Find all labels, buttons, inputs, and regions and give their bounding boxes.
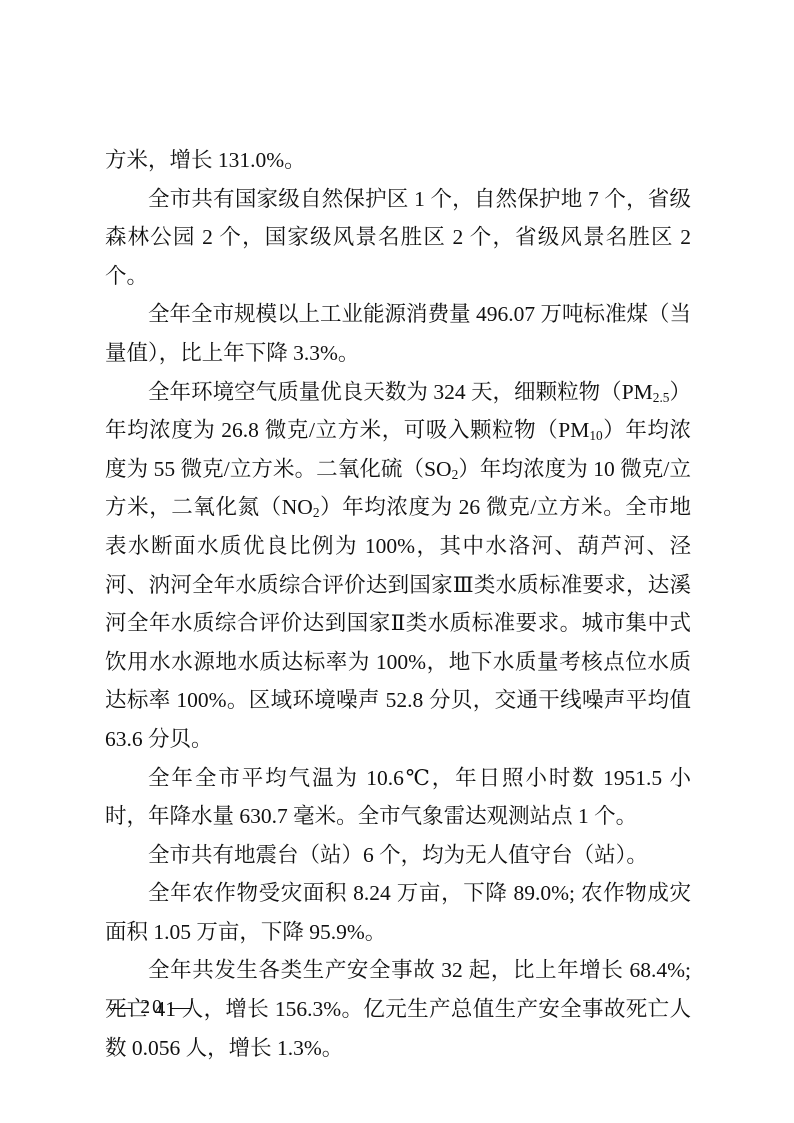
document-page: 方米，增长 131.0%。全市共有国家级自然保护区 1 个，自然保护地 7 个，… (0, 0, 794, 1123)
subscript-text: 2.5 (653, 389, 670, 404)
body-text: 全年全市平均气温为 10.6℃，年日照小时数 1951.5 小时，年降水量 63… (105, 766, 691, 829)
paragraph: 全年全市规模以上工业能源消费量 496.07 万吨标准煤（当量值），比上年下降 … (105, 295, 691, 372)
subscript-text: 10 (589, 428, 602, 443)
paragraph: 全年环境空气质量优良天数为 324 天，细颗粒物（PM2.5）年均浓度为 26.… (105, 373, 691, 759)
subscript-text: 2 (313, 505, 320, 520)
paragraph: 全市共有国家级自然保护区 1 个，自然保护地 7 个，省级森林公园 2 个，国家… (105, 180, 691, 296)
body-text: 全市共有地震台（站）6 个，均为无人值守台（站）。 (148, 843, 648, 867)
body-text: 方米，增长 131.0%。 (105, 148, 306, 172)
body-text: 全年全市规模以上工业能源消费量 496.07 万吨标准煤（当量值），比上年下降 … (105, 302, 691, 365)
paragraph: 方米，增长 131.0%。 (105, 141, 691, 180)
body-text: 全市共有国家级自然保护区 1 个，自然保护地 7 个，省级森林公园 2 个，国家… (105, 187, 691, 288)
paragraph: 全年共发生各类生产安全事故 32 起，比上年增长 68.4%; 死亡 41 人，… (105, 951, 691, 1067)
document-body: 方米，增长 131.0%。全市共有国家级自然保护区 1 个，自然保护地 7 个，… (105, 141, 691, 1067)
body-text: 全年环境空气质量优良天数为 324 天，细颗粒物（PM (148, 380, 653, 404)
body-text: 全年农作物受灾面积 8.24 万亩，下降 89.0%; 农作物成灾面积 1.05… (105, 881, 691, 944)
paragraph: 全市共有地震台（站）6 个，均为无人值守台（站）。 (105, 836, 691, 875)
body-text: 全年共发生各类生产安全事故 32 起，比上年增长 68.4%; 死亡 41 人，… (105, 958, 691, 1059)
page-number: — 20 — (112, 995, 192, 1021)
paragraph: 全年全市平均气温为 10.6℃，年日照小时数 1951.5 小时，年降水量 63… (105, 759, 691, 836)
body-text: ）年均浓度为 26 微克/立方米。全市地表水断面水质优良比例为 100%，其中水… (105, 495, 691, 751)
paragraph: 全年农作物受灾面积 8.24 万亩，下降 89.0%; 农作物成灾面积 1.05… (105, 874, 691, 951)
